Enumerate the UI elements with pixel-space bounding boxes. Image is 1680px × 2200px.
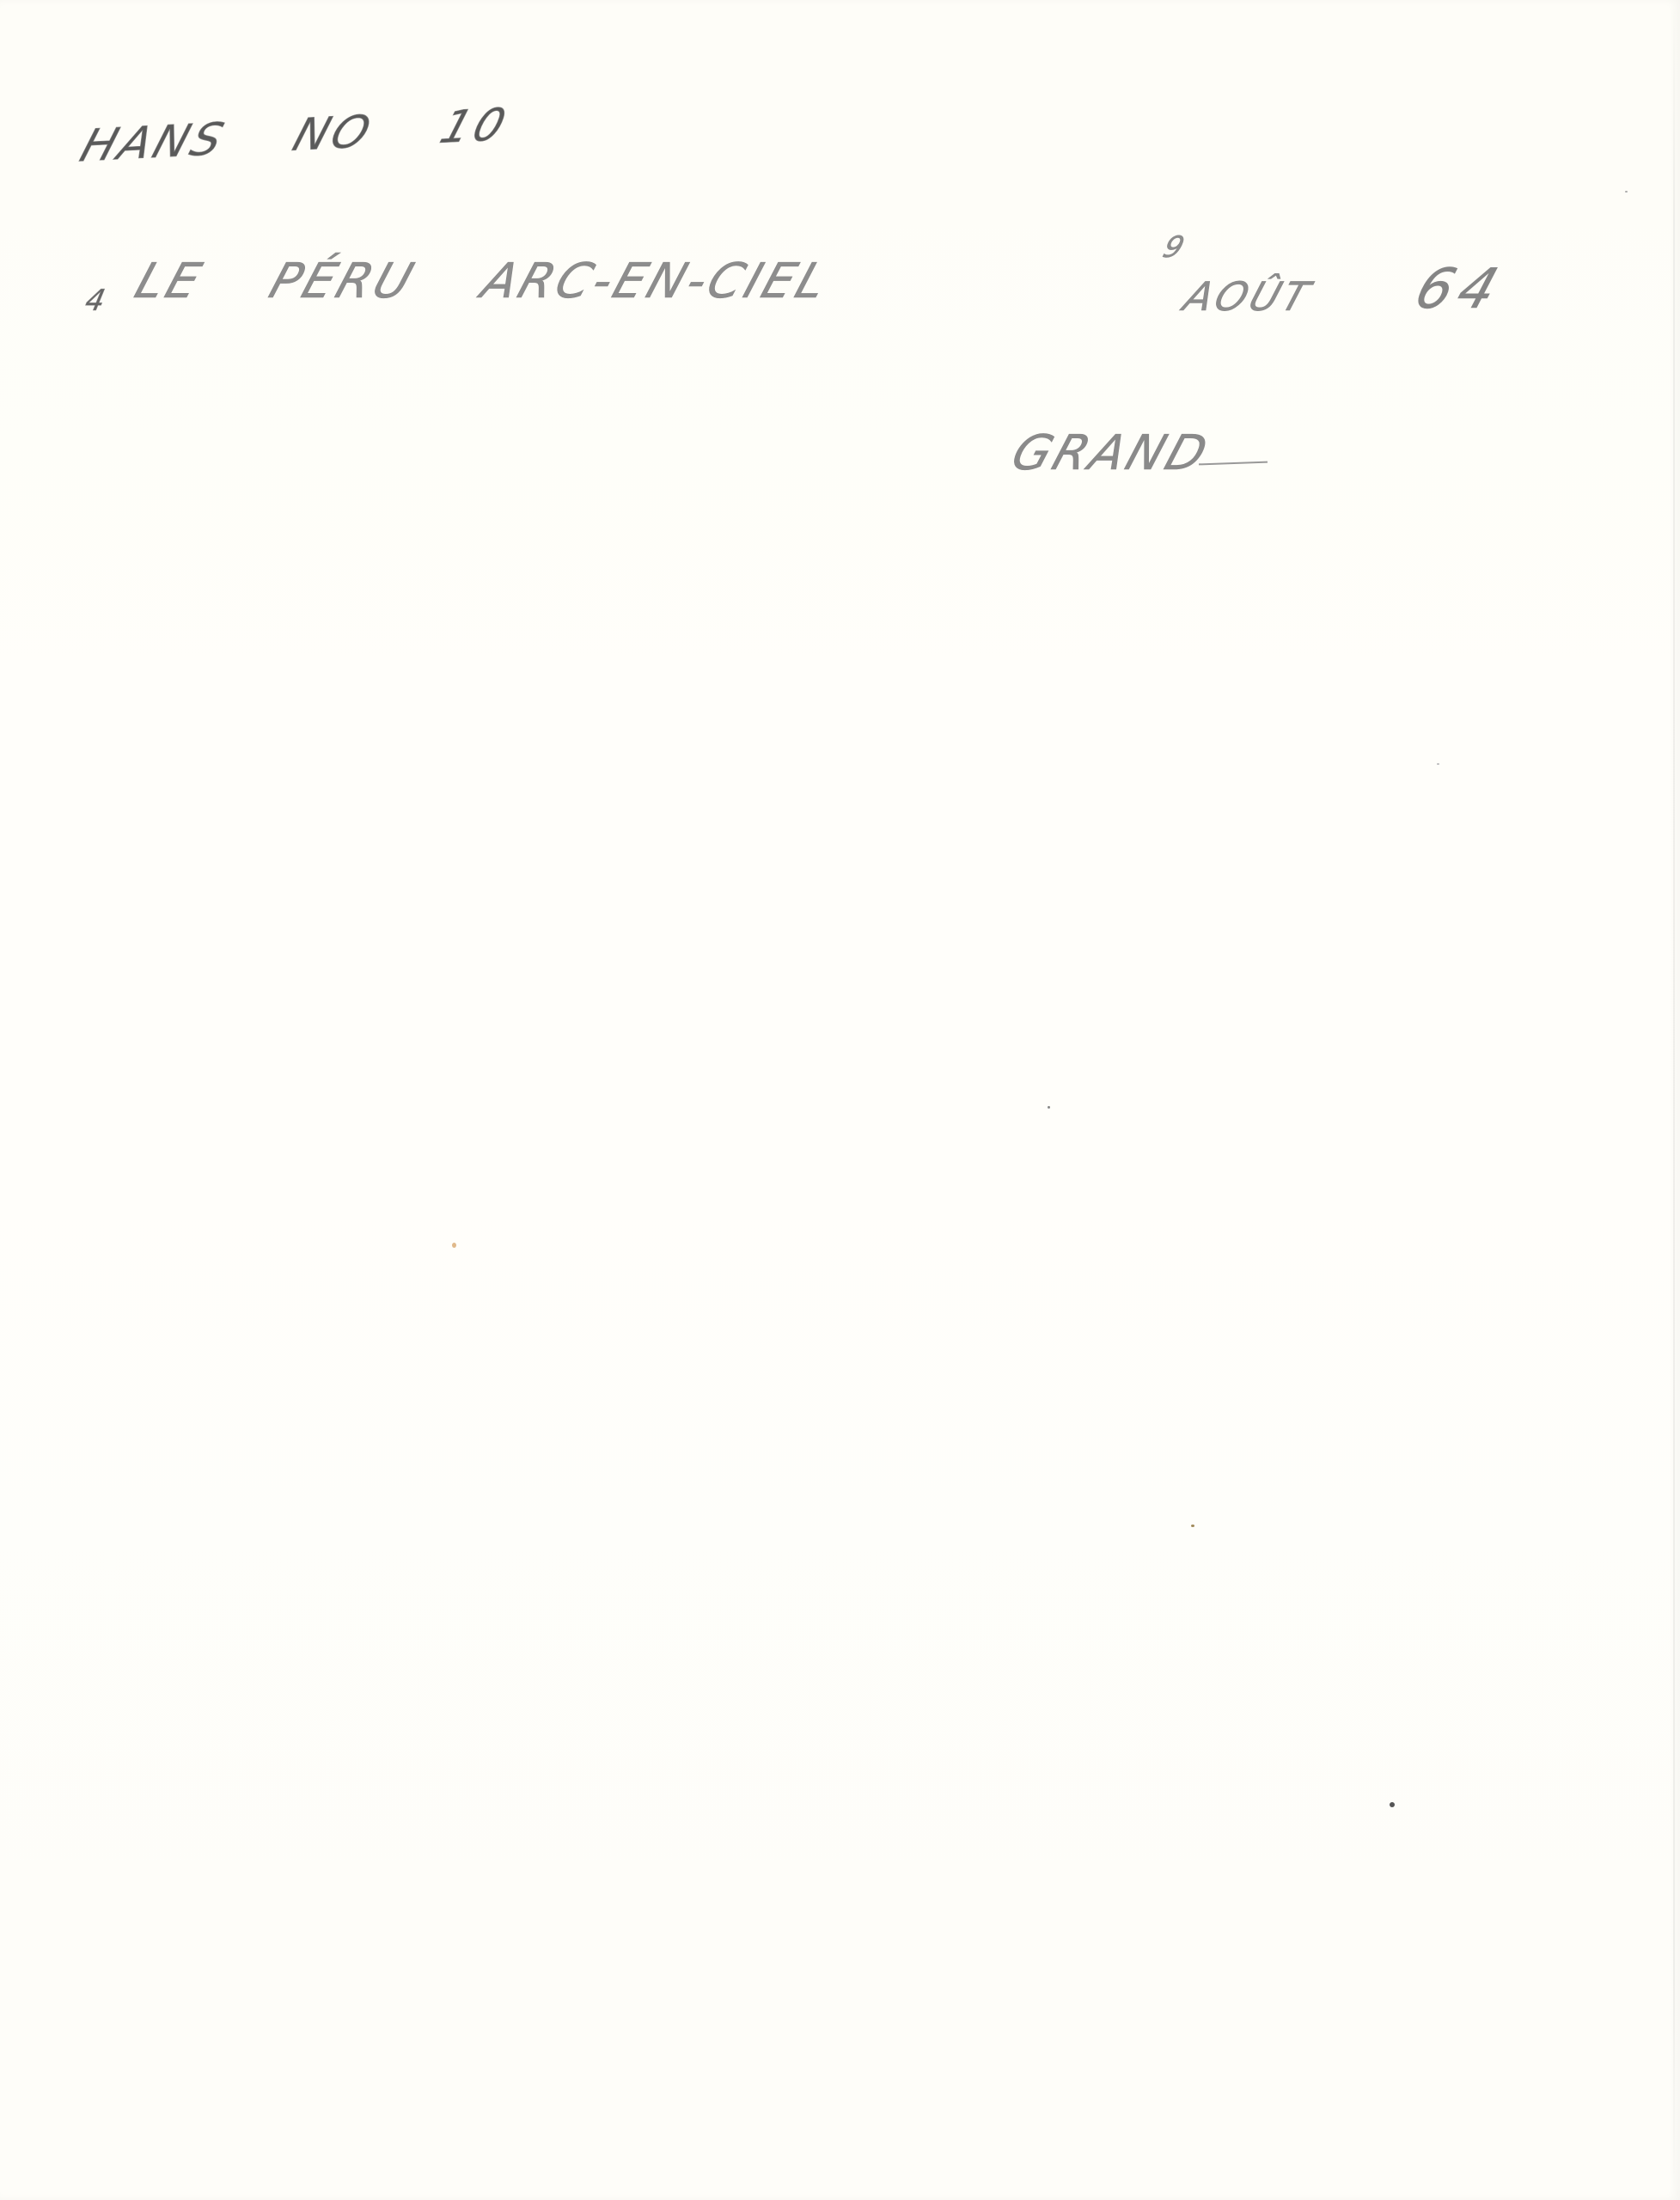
handwritten-line-artwork-title: LE PÉRU ARC-EN-CIEL bbox=[128, 254, 837, 309]
paper-edge bbox=[1673, 0, 1675, 2200]
handwritten-line-size: GRAND bbox=[1005, 425, 1217, 481]
paper-speck bbox=[1390, 1802, 1395, 1807]
paper-speck bbox=[1191, 1525, 1194, 1527]
paper-speck bbox=[1625, 191, 1628, 192]
paper-sheet bbox=[0, 0, 1680, 2200]
paper-speck bbox=[1437, 763, 1439, 765]
paper-speck bbox=[452, 1243, 456, 1248]
handwritten-date-month: AOÛT bbox=[1178, 273, 1318, 320]
paper-speck bbox=[1048, 1106, 1050, 1109]
